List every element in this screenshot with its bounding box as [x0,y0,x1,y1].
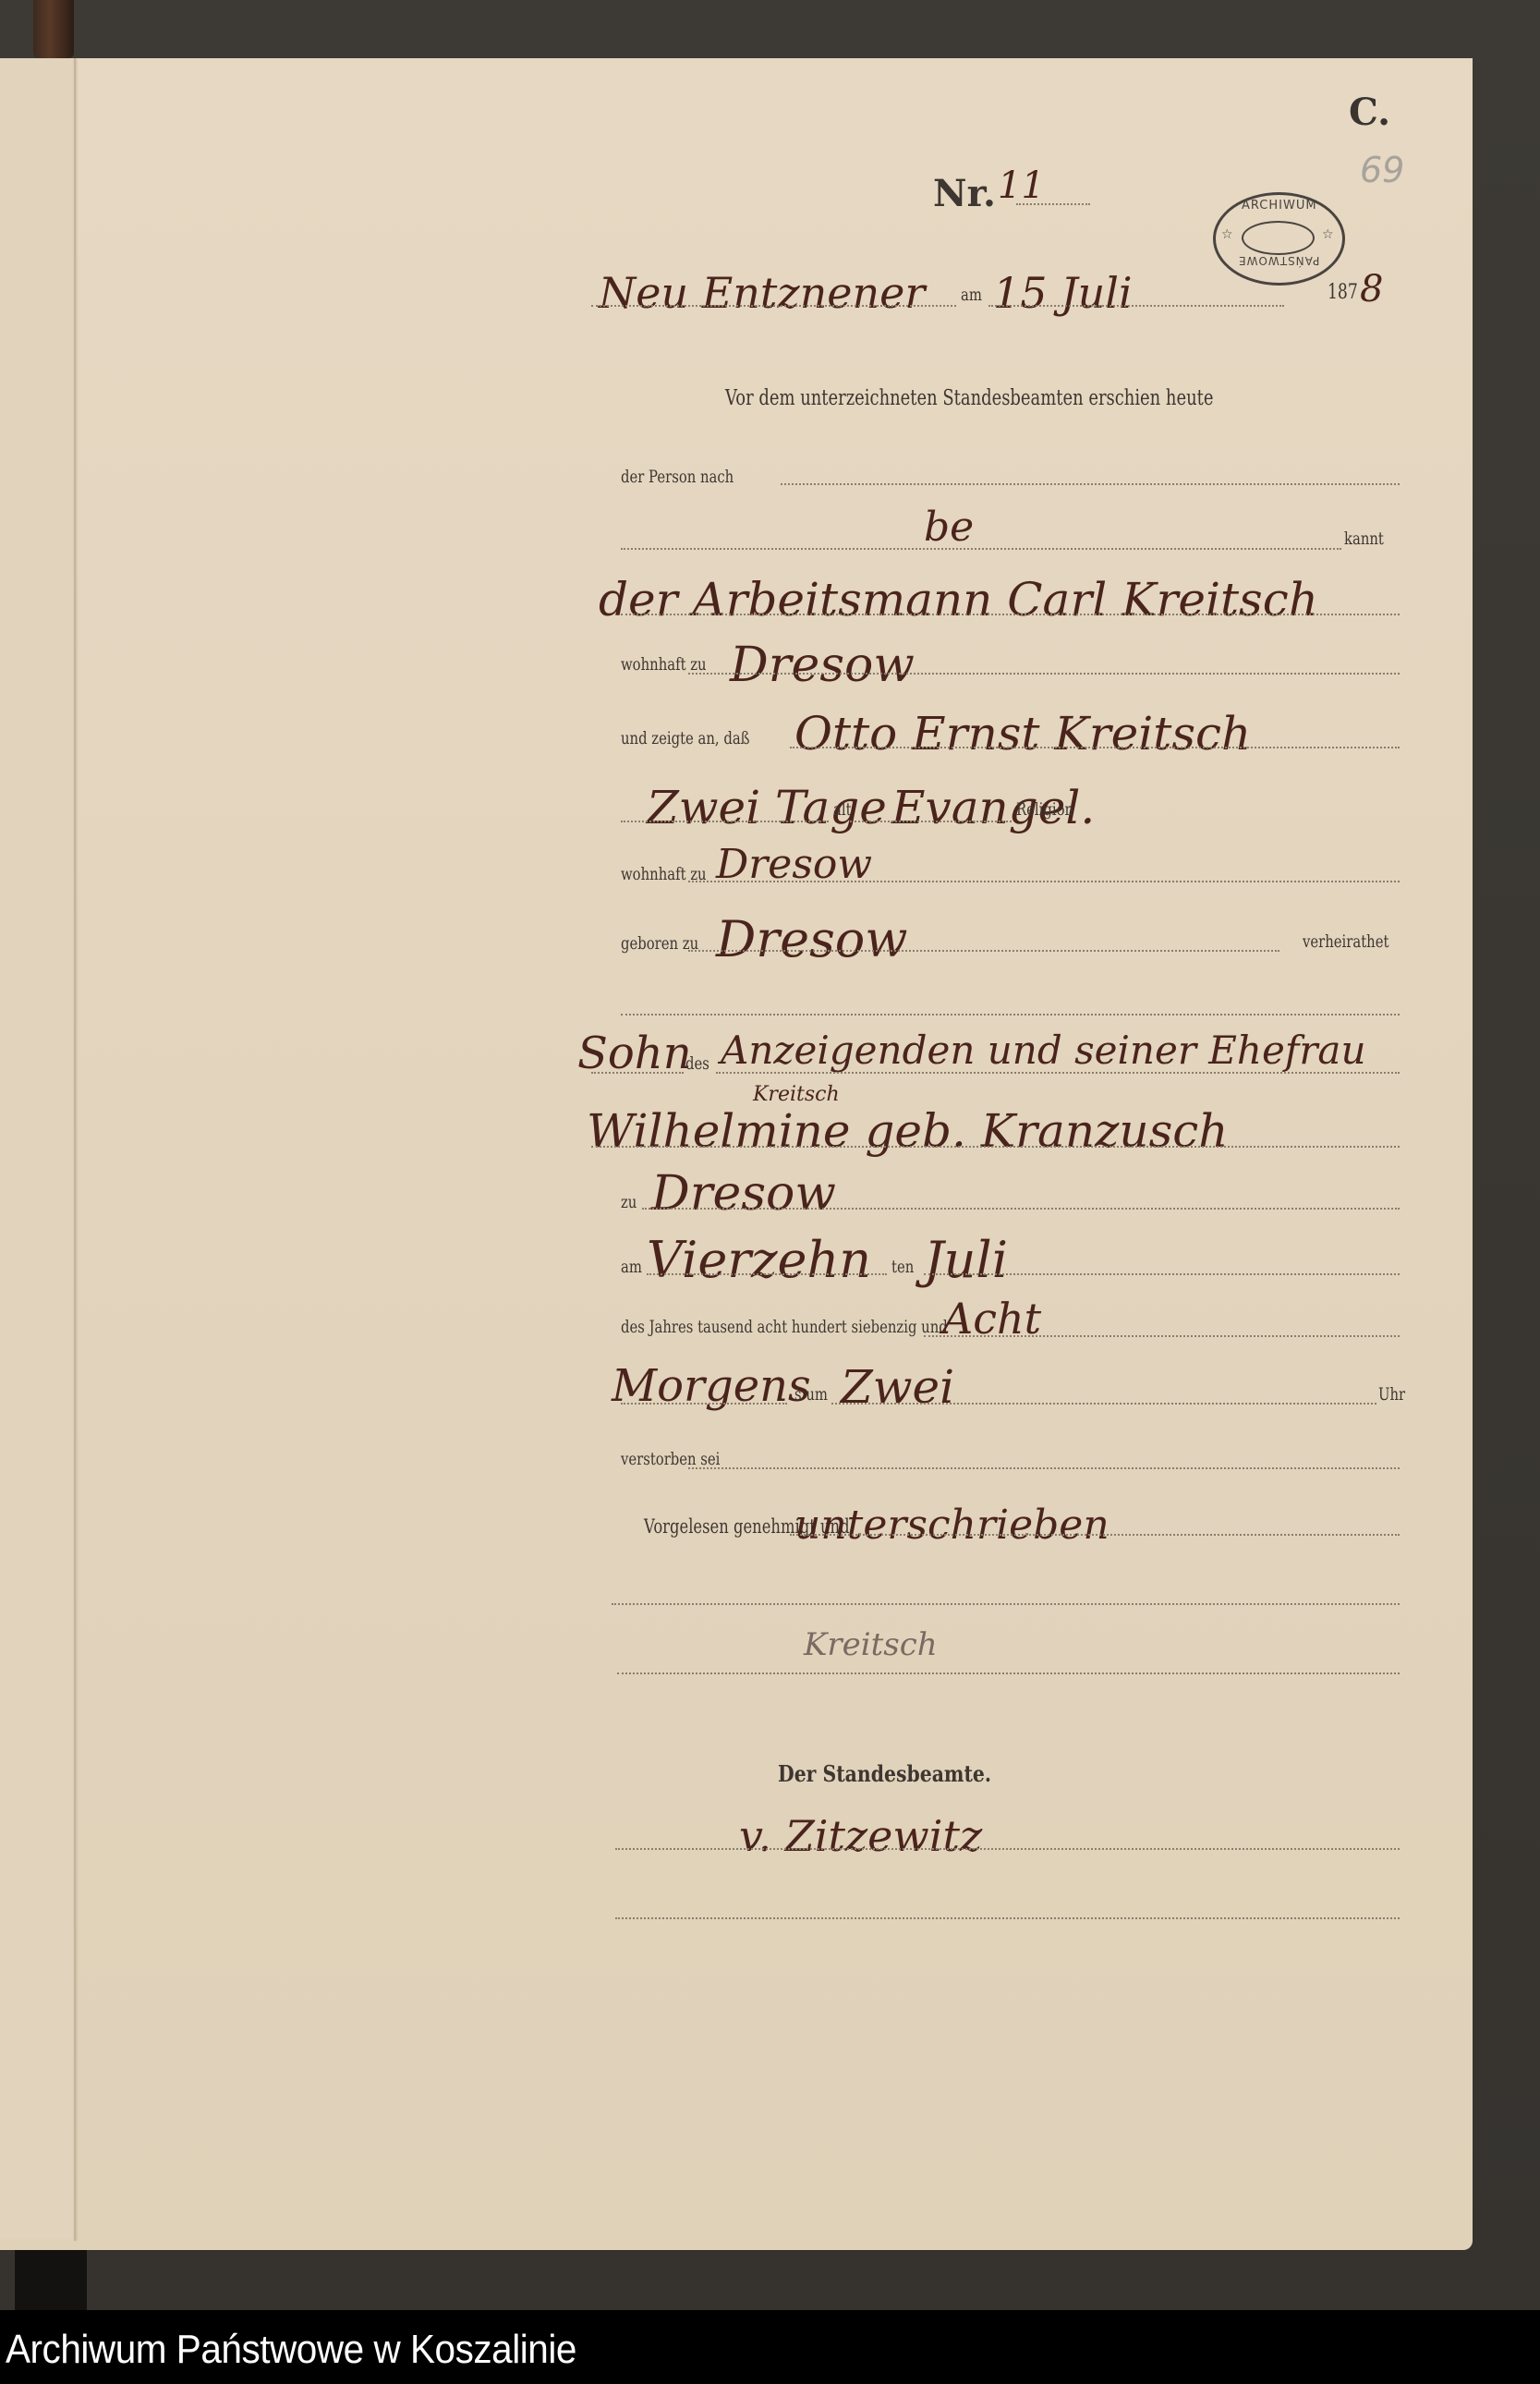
dotted-line [591,1072,684,1074]
dotted-line [642,1208,1400,1210]
am-label: am [621,1257,642,1277]
zu-label: zu [621,1192,637,1212]
place-handwritten: Neu Entznener [599,268,925,318]
parents-place-handwritten: Dresow [651,1166,836,1222]
day-handwritten: Vierzehn [647,1231,871,1289]
series-letter: C. [1349,91,1390,134]
archive-name: Archiwum Państwowe w Koszalinie [6,2327,576,2373]
folio-number: 69 [1360,150,1404,190]
des-label: des [685,1053,709,1074]
born-label: geboren zu [621,933,698,954]
dotted-line [790,1534,1400,1536]
s-um-label: s um [794,1384,828,1405]
number-label: Nr. [933,172,996,215]
am-label: am [961,285,982,305]
dotted-line [688,950,1279,952]
known-label: kannt [1344,529,1384,549]
parents-handwritten: Anzeigenden und seiner Ehefrau [721,1028,1366,1073]
stamp-top-text: ARCHIWUM [1242,199,1317,213]
religion-label: Religion [1016,799,1073,820]
dotted-line [688,673,1400,675]
residence-handwritten: Dresow [730,638,915,693]
dotted-line [621,548,1341,550]
registrar-signature: v. Zitzewitz [739,1811,982,1861]
mother-inserted-handwritten: Kreitsch [753,1083,840,1106]
registrar-label: Der Standesbeamte. [778,1760,991,1787]
known-handwritten: be [924,504,974,551]
married-label: verheirathet [1303,931,1388,952]
previous-page-edge [0,58,74,2239]
dotted-line [591,305,956,307]
deceased-handwritten: Otto Ernst Kreitsch [794,707,1251,760]
archive-stamp: ARCHIWUM ☆ ☆ PAŃSTWOWE [1213,192,1345,286]
dotted-line [621,1403,787,1405]
year-handwritten: 8 [1360,268,1383,310]
star-icon: ☆ [1221,227,1233,242]
number-value: 11 [998,164,1045,207]
dotted-line [850,821,1012,822]
dotted-line [924,1273,1400,1275]
stamp-center-oval [1242,221,1315,255]
date-handwritten: 15 Juli [993,268,1133,318]
died-label: verstorben sei [621,1449,720,1469]
residence-label: wohnhaft zu [621,654,707,675]
year-printed: 187 [1328,281,1358,304]
dotted-line [1016,203,1090,205]
dotted-line [924,1335,1400,1337]
intro-text: Vor dem unterzeichneten Standesbeamten e… [725,386,1213,410]
star-icon: ☆ [1322,227,1334,242]
dotted-line [688,881,1400,882]
informant-signature: Kreitsch [804,1626,938,1663]
person-label: der Person nach [621,467,734,487]
uhr-label: Uhr [1378,1384,1405,1405]
dotted-line [988,305,1284,307]
binding-strip [33,0,74,58]
year-label: des Jahres tausend acht hundert siebenzi… [621,1317,948,1337]
stamp-bottom-text: PAŃSTWOWE [1238,254,1319,267]
ten-label: ten [891,1257,914,1277]
dotted-line [781,483,1400,485]
dotted-line [591,1146,1400,1148]
dotted-line [688,1467,1400,1469]
dotted-line [831,1403,1376,1405]
hour-handwritten: Zwei [841,1360,954,1414]
informant-handwritten: der Arbeitsmann Carl Kreitsch [599,573,1318,626]
dotted-line [612,1603,1400,1605]
dotted-line [615,1917,1400,1919]
read-approved-handwritten: unterschrieben [794,1502,1110,1549]
age-label: alt [833,799,852,820]
month-handwritten: Juli [924,1231,1008,1289]
born-handwritten: Dresow [716,910,908,968]
page-fold [74,58,76,2241]
declared-label: und zeigte an, daß [621,728,750,748]
mother-handwritten: Wilhelmine geb. Kranzusch [587,1104,1228,1158]
dotted-line [621,614,1400,615]
dotted-line [647,1273,887,1275]
dotted-line [615,1848,1400,1850]
dotted-line [621,1014,1400,1016]
dotted-line [617,1672,1400,1674]
dotted-line [716,1072,1400,1074]
dotted-line [621,821,829,822]
binding-strip-bottom [15,2240,87,2310]
dotted-line [790,747,1400,748]
